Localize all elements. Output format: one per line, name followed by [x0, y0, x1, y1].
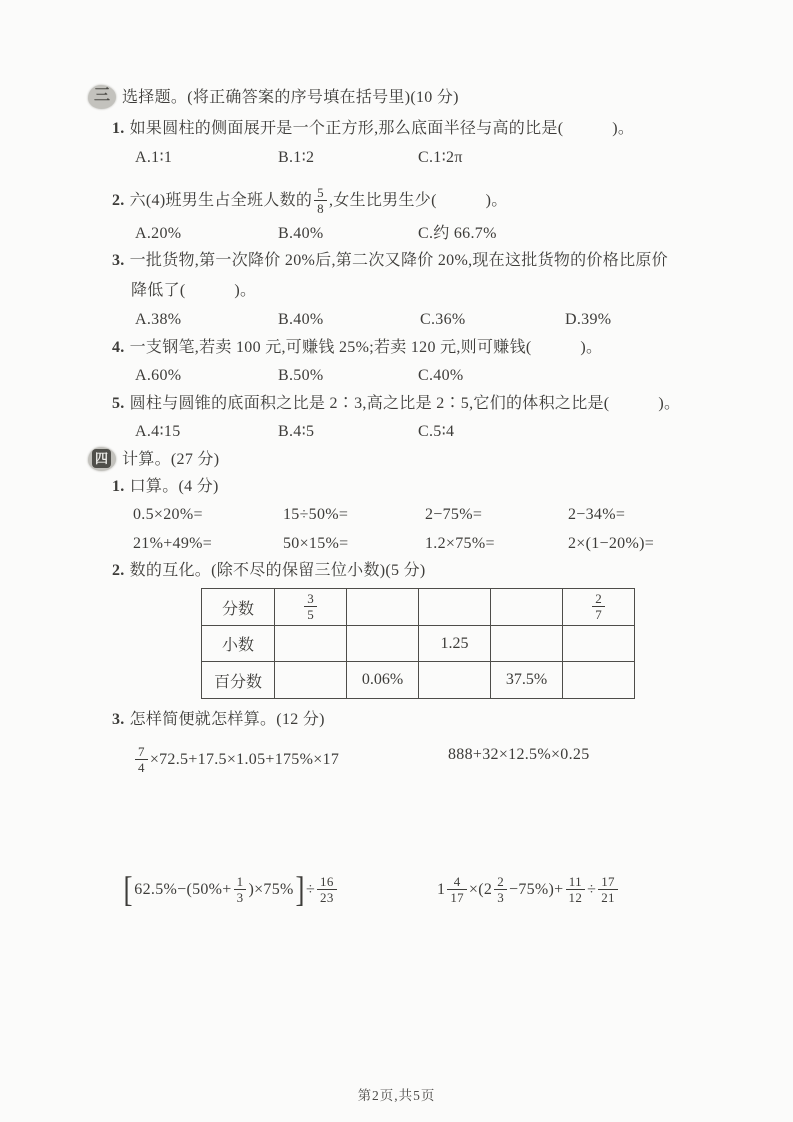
row-label: 百分数	[202, 662, 275, 699]
table-cell-blank	[347, 589, 419, 626]
option-c: C.约 66.7%	[418, 224, 497, 244]
expr-text: −75%)+	[509, 881, 564, 898]
table-cell: 27	[563, 589, 635, 626]
option-d: D.39%	[565, 310, 611, 330]
question-1-text: 如果圆柱的侧面展开是一个正方形,那么底面半径与高的比是( )。	[130, 120, 635, 137]
question-3-line1: 3.一批货物,第一次降价 20%后,第二次又降价 20%,现在这批货物的价格比原…	[112, 251, 668, 271]
expr-text: ×72.5+17.5×1.05+175%×17	[150, 751, 339, 768]
calc-2-heading: 2.数的互化。(除不尽的保留三位小数)(5 分)	[112, 561, 426, 581]
question-4-text: 一支钢笔,若卖 100 元,可赚钱 25%;若卖 120 元,则可赚钱( )。	[130, 339, 603, 356]
option-c: C.5∶4	[418, 422, 454, 442]
calc-1-number: 1.	[112, 478, 125, 495]
fraction-5-8: 58	[314, 185, 327, 216]
fraction-11-12: 1112	[566, 874, 586, 905]
section-four-title: 计算。(27 分)	[122, 450, 219, 470]
expr-text: 1	[437, 881, 445, 898]
table-cell-blank	[275, 626, 347, 662]
oral-expr: 21%+49%=	[133, 534, 212, 554]
question-4-number: 4.	[112, 339, 125, 356]
section-three-badge-char: 三	[93, 86, 111, 106]
option-a: A.38%	[135, 310, 181, 330]
table-cell: 37.5%	[491, 662, 563, 699]
row-label: 分数	[202, 589, 275, 626]
table-cell: 0.06%	[347, 662, 419, 699]
table-cell-blank	[419, 589, 491, 626]
question-2-text-post: ,女生比男生少( )。	[329, 192, 508, 209]
question-2-number: 2.	[112, 192, 125, 209]
simplify-expr-4: 1417×(223−75%)+1112÷1721	[437, 875, 620, 906]
question-3-number: 3.	[112, 252, 125, 269]
simplify-expr-3: [62.5%−(50%+13)×75%]÷1623	[122, 875, 339, 906]
fraction-7-4: 74	[135, 744, 148, 775]
option-c: C.36%	[420, 310, 466, 330]
calc-1-heading: 1.口算。(4 分)	[112, 477, 219, 497]
expr-text: ÷	[587, 881, 596, 898]
question-3-line2: 降低了( )。	[131, 281, 256, 301]
table-cell-blank	[347, 626, 419, 662]
table-cell-blank	[491, 626, 563, 662]
calc-2-number: 2.	[112, 562, 125, 579]
test-paper-page: 三 选择题。(将正确答案的序号填在括号里)(10 分) 1.如果圆柱的侧面展开是…	[0, 0, 793, 1122]
expr-text: )×75%	[248, 881, 293, 898]
question-2-text-pre: 六(4)班男生占全班人数的	[130, 192, 313, 209]
fraction-16-23: 1623	[317, 874, 337, 905]
row-label: 小数	[202, 626, 275, 662]
page-number-footer: 第2页,共5页	[0, 1084, 793, 1104]
calc-2-label: 数的互化。(除不尽的保留三位小数)(5 分)	[130, 562, 426, 579]
fraction-2-7: 27	[592, 591, 605, 622]
expr-text: 62.5%−(50%+	[134, 881, 231, 898]
option-b: B.50%	[278, 366, 324, 386]
oral-expr: 50×15%=	[283, 534, 348, 554]
table-cell-blank	[563, 662, 635, 699]
option-b: B.4∶5	[278, 422, 314, 442]
oral-expr: 15÷50%=	[283, 505, 348, 525]
oral-expr: 0.5×20%=	[133, 505, 203, 525]
question-1-number: 1.	[112, 120, 125, 137]
option-b: B.40%	[278, 224, 324, 244]
expr-text: ÷	[306, 881, 315, 898]
question-4: 4.一支钢笔,若卖 100 元,可赚钱 25%;若卖 120 元,则可赚钱( )…	[112, 338, 602, 358]
option-c: C.1∶2π	[418, 148, 463, 168]
simplify-expr-1: 74×72.5+17.5×1.05+175%×17	[133, 745, 339, 776]
option-a: A.4∶15	[135, 422, 181, 442]
table-row-fraction: 分数 35 27	[202, 589, 635, 626]
table-cell-blank	[419, 662, 491, 699]
section-three-title: 选择题。(将正确答案的序号填在括号里)(10 分)	[122, 88, 459, 108]
badge-square-icon: 四	[92, 449, 111, 468]
table-cell-blank	[563, 626, 635, 662]
oral-expr: 2−34%=	[568, 505, 625, 525]
section-four-badge: 四	[88, 446, 118, 472]
question-1: 1.如果圆柱的侧面展开是一个正方形,那么底面半径与高的比是( )。	[112, 119, 634, 139]
fraction-4-17: 417	[447, 874, 467, 905]
option-a: A.1∶1	[135, 148, 172, 168]
section-four-badge-char: 四	[92, 449, 111, 468]
option-a: A.20%	[135, 224, 181, 244]
fraction-2-3: 23	[494, 874, 507, 905]
question-2: 2.六(4)班男生占全班人数的58,女生比男生少( )。	[112, 186, 508, 217]
option-c: C.40%	[418, 366, 464, 386]
calc-3-label: 怎样简便就怎样算。(12 分)	[130, 711, 325, 728]
option-b: B.40%	[278, 310, 324, 330]
question-5-text: 圆柱与圆锥的底面积之比是 2∶3,高之比是 2∶5,它们的体积之比是( )。	[130, 395, 681, 412]
table-cell-blank	[491, 589, 563, 626]
table-cell: 1.25	[419, 626, 491, 662]
oral-expr: 1.2×75%=	[425, 534, 495, 554]
simplify-expr-2: 888+32×12.5%×0.25	[448, 745, 590, 765]
number-conversion-table: 分数 35 27 小数 1.25 百分数 0.06% 37.5%	[201, 588, 635, 699]
option-a: A.60%	[135, 366, 181, 386]
oral-expr: 2×(1−20%)=	[568, 534, 654, 554]
table-cell-blank	[275, 662, 347, 699]
fraction-1-3: 13	[234, 874, 247, 905]
option-b: B.1∶2	[278, 148, 314, 168]
section-three-badge: 三	[88, 84, 118, 110]
calc-3-number: 3.	[112, 711, 125, 728]
question-5-number: 5.	[112, 395, 125, 412]
question-3-text-line1: 一批货物,第一次降价 20%后,第二次又降价 20%,现在这批货物的价格比原价	[130, 252, 668, 269]
calc-3-heading: 3.怎样简便就怎样算。(12 分)	[112, 710, 325, 730]
table-cell: 35	[275, 589, 347, 626]
question-5: 5.圆柱与圆锥的底面积之比是 2∶3,高之比是 2∶5,它们的体积之比是( )。	[112, 394, 680, 414]
expr-text: ×(2	[469, 881, 492, 898]
table-row-percent: 百分数 0.06% 37.5%	[202, 662, 635, 699]
fraction-17-21: 1721	[598, 874, 618, 905]
oral-expr: 2−75%=	[425, 505, 482, 525]
calc-1-label: 口算。(4 分)	[130, 478, 219, 495]
table-row-decimal: 小数 1.25	[202, 626, 635, 662]
fraction-3-5: 35	[304, 591, 317, 622]
